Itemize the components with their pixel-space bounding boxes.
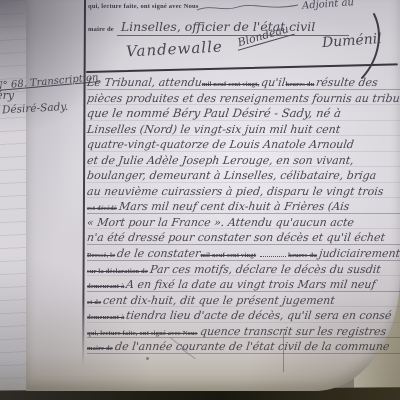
record-line: n'a été dressé pour constater son décès …: [87, 229, 400, 245]
handwritten-text: que le nommé Béry Paul Désiré - Sady, né…: [86, 106, 342, 120]
handwritten-text: « Mort pour la France ». Attendu qu'aucu…: [86, 216, 355, 230]
handwritten-text: cent dix-huit, dit que le présent jugeme…: [102, 294, 335, 308]
handwritten-text: quence transcrit sur les registres: [199, 325, 387, 339]
record-line: quatre-vingt-quatorze de Louis Anatole A…: [87, 136, 400, 152]
handwritten-text: quatre-vingt-quatorze de Louis Anatole A…: [86, 138, 355, 152]
handwritten-text: judiciairement: [318, 247, 400, 261]
register-page-photo: qui, lecture faite, ont signé avec Nous …: [0, 0, 400, 400]
printed-form-text-struck: et de: [87, 299, 101, 306]
printed-form-text-struck: Dressé, le: [87, 252, 115, 259]
handwritten-text: de le constater: [116, 247, 201, 261]
signature-paraph-stroke: [350, 12, 392, 82]
paper-crease: [283, 332, 284, 372]
record-lines: Le Tribunal, attendu mil neuf cent vingt…: [87, 74, 400, 354]
handwritten-text: boulanger, demeurant à Linselles, céliba…: [86, 169, 377, 183]
adjacent-page-edge: [0, 0, 27, 390]
record-line: demeurant à tiendra lieu d'acte de décès…: [87, 307, 400, 323]
printed-form-text-struck: qui, lecture faite, ont signé avec Nous: [87, 330, 198, 337]
handwritten-text: Le Tribunal, attendu: [86, 76, 203, 90]
record-line: maire de de l'année courante de l'état c…: [87, 338, 400, 354]
record-line: au neuvième cuirassiers à pied, disparu …: [87, 183, 400, 199]
handwritten-text: au neuvième cuirassiers à pied, disparu …: [86, 185, 384, 199]
margin-note-line: Désiré-Sady.: [2, 100, 93, 118]
printed-form-text-struck: mil neuf cent vingt,: [202, 81, 259, 88]
record-line: Dressé, le de le constater mil neuf cent…: [87, 245, 400, 261]
record-line: « Mort pour la France ». Attendu qu'aucu…: [87, 214, 400, 230]
margin-note: N° 68. TranscriptionBéryDésiré-Sady.: [0, 76, 92, 115]
printed-form-text-struck: heures du: [288, 252, 317, 259]
printed-maire-de: maire de: [88, 26, 114, 33]
handwritten-text: Par ces motifs, déclare le décès du susd…: [149, 263, 381, 277]
handwritten-text: et de Julie Adèle Joseph Lerouge, en son…: [86, 154, 354, 168]
officier-line: maire deLinselles, officier de l'état ci…: [88, 16, 349, 35]
ink-speck: [146, 357, 149, 360]
pen-scrawl-stroke: [196, 3, 300, 13]
printed-form-text-struck: maire de: [87, 345, 113, 352]
printed-form-text-struck: mil neuf cent vingt: [201, 252, 257, 259]
record-line: et de cent dix-huit, dit que le présent …: [87, 292, 400, 308]
handwritten-officier-etat-civil: Linselles, officier de l'état civil: [117, 19, 349, 36]
handwritten-text: de l'année courante de l'état civil de l…: [114, 340, 390, 354]
printed-form-text-struck: est décédé: [87, 205, 117, 212]
record-line: et de Julie Adèle Joseph Lerouge, en son…: [87, 152, 400, 168]
dotted-fill-gap: [260, 248, 286, 257]
handwritten-text: n'a été dressé pour constater son décès …: [86, 231, 386, 245]
handwritten-text: qu'il: [260, 76, 286, 90]
handwritten-text: Linselles (Nord) le vingt-six juin mil h…: [86, 123, 341, 137]
handwritten-text: A en fixé la date au vingt trois Mars mi…: [126, 278, 377, 292]
record-line: sur la déclaration de Par ces motifs, dé…: [87, 261, 400, 277]
record-line: qui, lecture faite, ont signé avec Nous …: [87, 323, 400, 339]
record-line: Linselles (Nord) le vingt-six juin mil h…: [87, 121, 400, 137]
handwritten-text: pièces produites et des renseignements f…: [86, 92, 400, 106]
record-line: est décédé Mars mil neuf cent dix-huit à…: [87, 198, 400, 214]
printed-closing-formula: qui, lecture faite, ont signé avec Nous: [88, 3, 199, 10]
printed-form-text-struck: heures du: [285, 81, 314, 88]
record-line: demeurant à A en fixé la date au vingt t…: [87, 276, 400, 292]
record-line: que le nommé Béry Paul Désiré - Sady, né…: [87, 105, 400, 121]
handwritten-text: tiendra lieu d'acte de décès, qu'il sera…: [126, 309, 393, 323]
handwritten-text: Mars mil neuf cent dix-huit à Frières (A…: [118, 200, 350, 214]
printed-form-text-struck: demeurant à: [87, 314, 124, 321]
printed-form-text-struck: demeurant à: [87, 283, 124, 290]
printed-form-text-struck: sur la déclaration de: [87, 268, 148, 275]
record-line: pièces produites et des renseignements f…: [87, 90, 400, 106]
record-line: boulanger, demeurant à Linselles, céliba…: [87, 167, 400, 183]
